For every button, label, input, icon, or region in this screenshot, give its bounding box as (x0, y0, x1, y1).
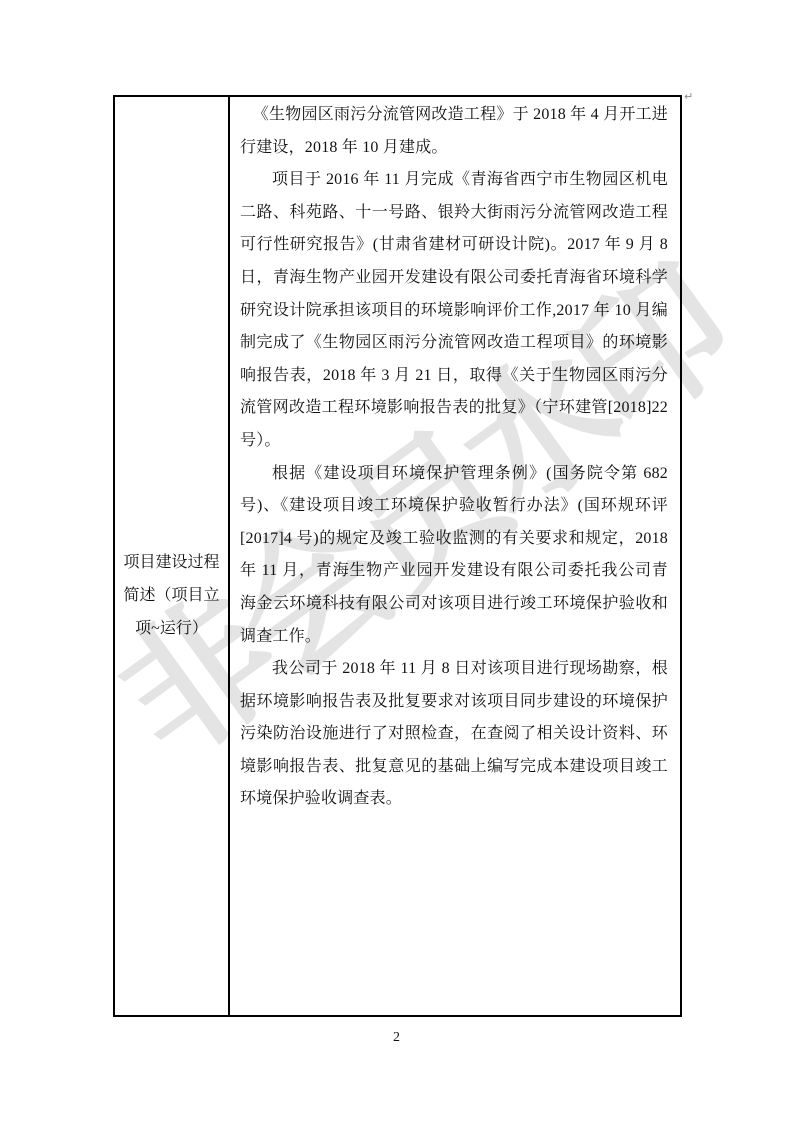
report-table: 项目建设过程 简述（项目立 项~运行） 《生物园区雨污分流管网改造工程》于 20… (113, 95, 682, 1017)
page-number: 2 (0, 1030, 793, 1046)
paragraph-mark-icon: ↵ (684, 90, 693, 103)
paragraph-construction-timeline: 《生物园区雨污分流管网改造工程》于 2018 年 4 月开工进行建设，2018 … (240, 99, 668, 164)
row-header-line-1: 项目建设过程 (123, 546, 219, 579)
document-page: 非会员水印 ↵ 项目建设过程 简述（项目立 项~运行） 《生物园区雨污分流管网改… (0, 0, 793, 1122)
row-header-cell: 项目建设过程 简述（项目立 项~运行） (115, 97, 230, 1015)
row-header-label: 项目建设过程 简述（项目立 项~运行） (123, 546, 219, 645)
paragraph-regulation-basis: 根据《建设项目环境保护管理条例》(国务院令第 682 号)、《建设项目竣工环境保… (240, 458, 668, 654)
paragraph-project-approval-history: 项目于 2016 年 11 月完成《青海省西宁市生物园区机电二路、科苑路、十一号… (240, 164, 668, 457)
row-content-cell: 《生物园区雨污分流管网改造工程》于 2018 年 4 月开工进行建设，2018 … (230, 97, 680, 1015)
row-header-line-3: 项~运行） (123, 612, 219, 645)
paragraph-site-survey: 我公司于 2018 年 11 月 8 日对该项目进行现场勘察，根据环境影响报告表… (240, 653, 668, 816)
row-header-line-2: 简述（项目立 (123, 579, 219, 612)
